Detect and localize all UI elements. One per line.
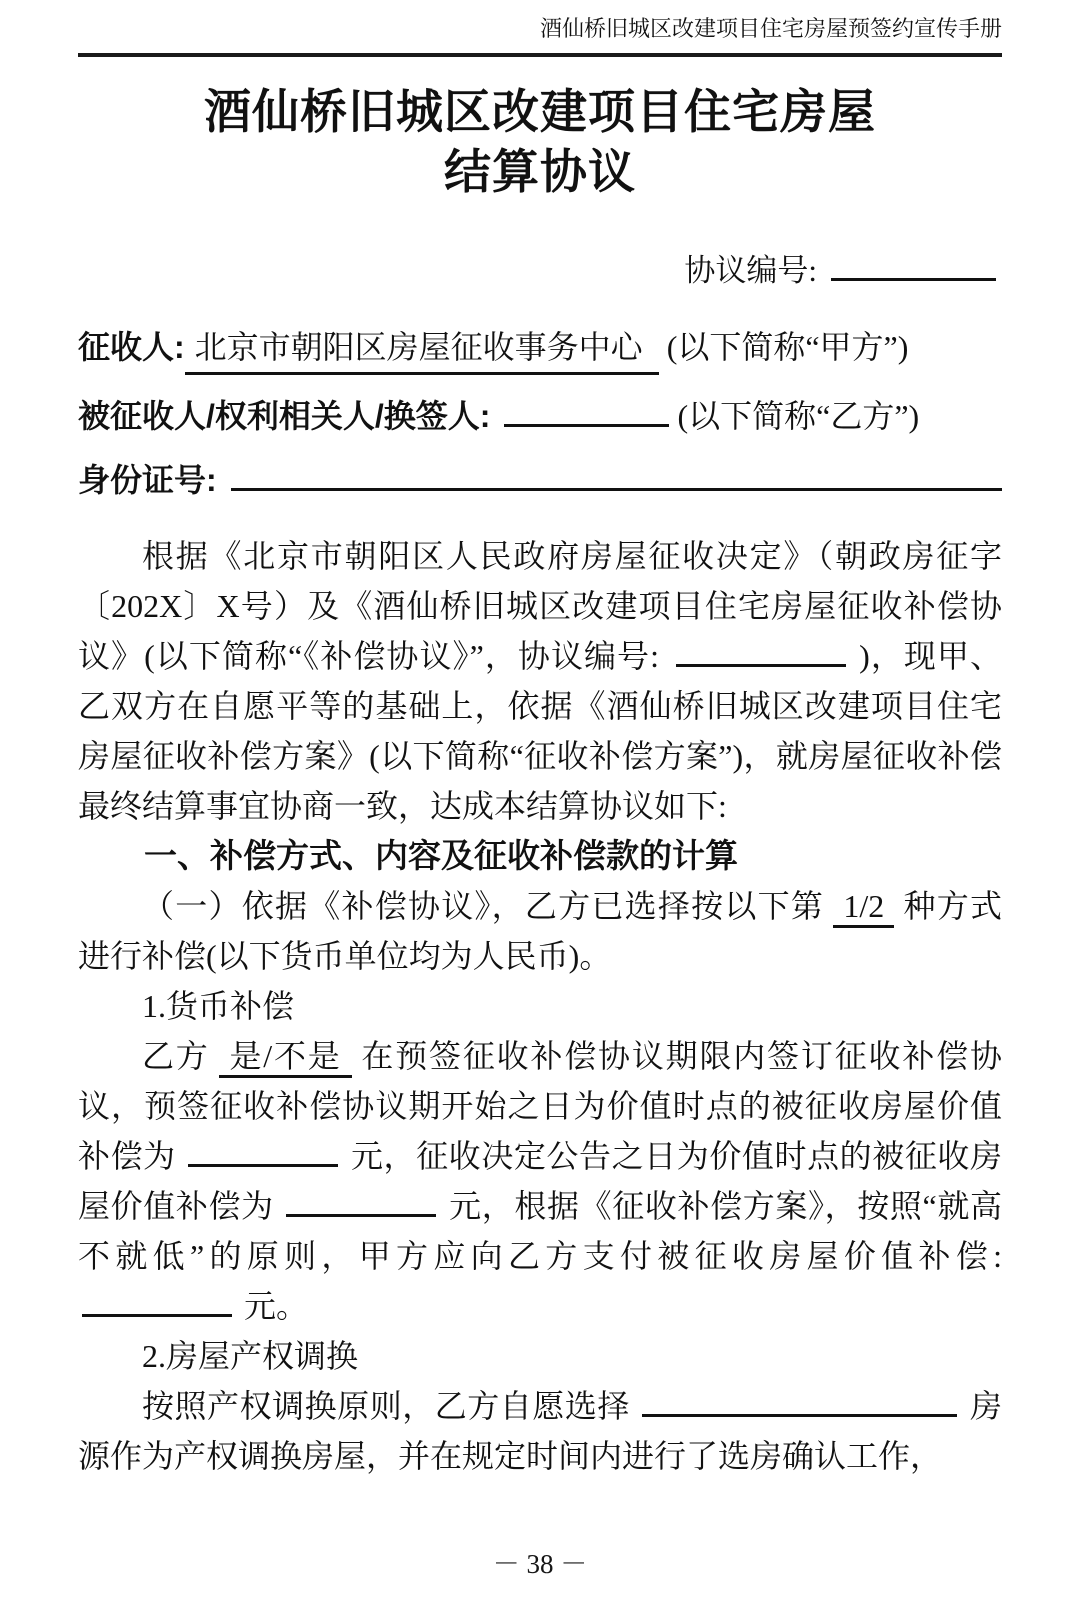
document-page: 酒仙桥旧城区改建项目住宅房屋预签约宣传手册 酒仙桥旧城区改建项目住宅房屋 结算协…: [0, 0, 1080, 1605]
running-header: 酒仙桥旧城区改建项目住宅房屋预签约宣传手册: [78, 14, 1002, 57]
monetary-amount1-blank: [188, 1134, 338, 1168]
expropriatee-label: 被征收人/权利相关人/换签人:: [78, 393, 490, 439]
expropriatee-line: 被征收人/权利相关人/换签人: (以下简称“乙方”): [78, 393, 1002, 439]
document-body: 根据《北京市朝阳区人民政府房屋征收决定》（朝政房征字〔202X〕X号）及《酒仙桥…: [78, 531, 1002, 1481]
monetary-part1: 乙方: [142, 1038, 210, 1074]
monetary-amount3-blank: [82, 1284, 232, 1318]
item1-choice-value: 1/2: [833, 888, 894, 928]
expropriatee-alias: (以下简称“乙方”): [669, 393, 919, 439]
swap-housing-blank: [642, 1384, 957, 1418]
document-title-line2: 结算协议: [78, 143, 1002, 203]
document-title-line1: 酒仙桥旧城区改建项目住宅房屋: [78, 83, 1002, 143]
property-swap-paragraph: 按照产权调换原则，乙方自愿选择 房源作为产权调换房屋，并在规定时间内进行了选房确…: [78, 1381, 1002, 1481]
expropriator-value: 北京市朝阳区房屋征收事务中心: [185, 324, 659, 374]
expropriator-alias: (以下简称“甲方”): [659, 324, 909, 370]
agreement-number-label: 协议编号:: [684, 245, 817, 290]
item1-part1: （一）依据《补偿协议》，乙方已选择按以下第: [142, 888, 824, 924]
parties-block: 征收人: 北京市朝阳区房屋征收事务中心 (以下简称“甲方”) 被征收人/权利相关…: [78, 306, 1002, 503]
document-title: 酒仙桥旧城区改建项目住宅房屋 结算协议: [78, 83, 1002, 203]
running-header-text: 酒仙桥旧城区改建项目住宅房屋预签约宣传手册: [540, 16, 1002, 41]
id-number-line: 身份证号:: [78, 457, 1002, 503]
property-swap-title: 2.房屋产权调换: [78, 1331, 1002, 1381]
id-number-blank: [231, 457, 1002, 491]
monetary-amount2-blank: [286, 1184, 436, 1218]
monetary-compensation-paragraph: 乙方 是/不是 在预签征收补偿协议期限内签订征收补偿协议，预签征收补偿协议期开始…: [78, 1031, 1002, 1331]
preamble-paragraph: 根据《北京市朝阳区人民政府房屋征收决定》（朝政房征字〔202X〕X号）及《酒仙桥…: [78, 531, 1002, 831]
id-number-label: 身份证号:: [78, 457, 217, 503]
page-number: － 38 －: [78, 1522, 1002, 1581]
monetary-part5: 元。: [244, 1288, 308, 1324]
agreement-number-row: 协议编号:: [78, 245, 1002, 290]
preamble-agreement-no-blank: [676, 634, 846, 668]
monetary-choice-value: 是/不是: [219, 1038, 351, 1078]
expropriatee-blank: [504, 393, 669, 427]
agreement-number-blank: [831, 249, 996, 282]
expropriator-line: 征收人: 北京市朝阳区房屋征收事务中心 (以下简称“甲方”): [78, 324, 1002, 374]
section1-item1-paragraph: （一）依据《补偿协议》，乙方已选择按以下第 1/2 种方式进行补偿(以下货币单位…: [78, 881, 1002, 981]
expropriator-label: 征收人:: [78, 324, 185, 370]
swap-part1: 按照产权调换原则，乙方自愿选择: [142, 1388, 630, 1424]
monetary-compensation-title: 1.货币补偿: [78, 981, 1002, 1031]
section1-heading: 一、补偿方式、内容及征收补偿款的计算: [78, 831, 1002, 881]
